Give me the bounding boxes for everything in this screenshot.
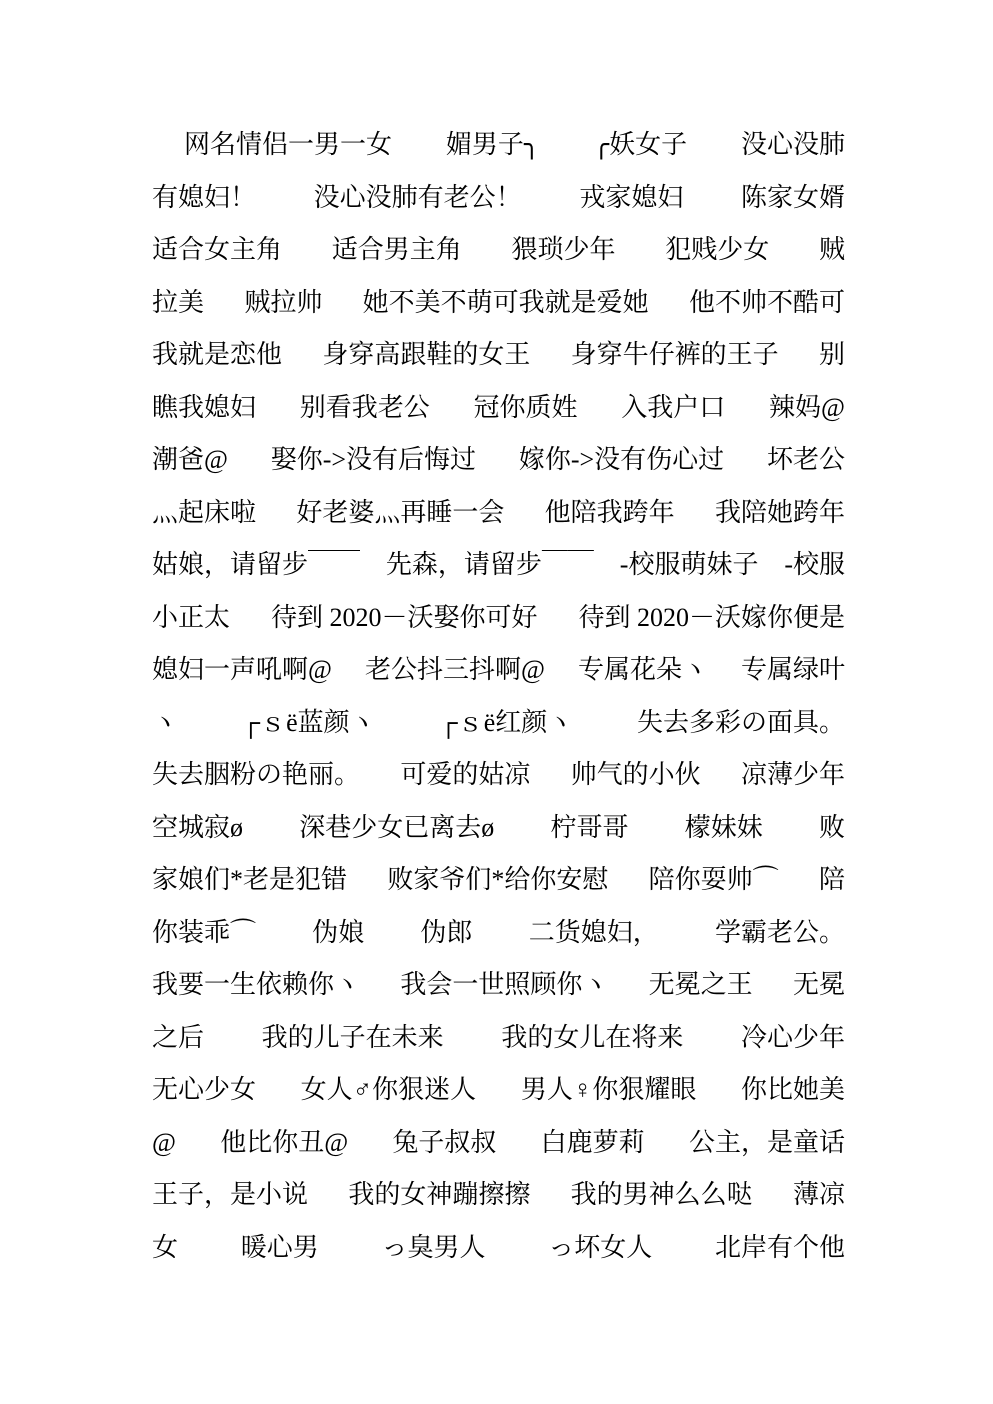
nickname-item: 失去胭粉の艳丽。: [152, 762, 360, 788]
nickname-item: 我的女神蹦擦擦: [348, 1182, 530, 1208]
document-page: 网名情侣一男一女媚男子╮╭妖女子没心没肺有媳妇！没心没肺有老公！戎家媳妇陈家女婿…: [0, 0, 993, 1404]
nickname-item: 瞧我媳妇: [152, 395, 256, 421]
nickname-item: 无心少女: [152, 1077, 256, 1103]
nickname-item: 辣妈@: [769, 395, 845, 421]
nickname-item: 二货媳妇，: [529, 920, 659, 946]
text-line: 潮爸@娶你->没有后悔过嫁你->没有伤心过坏老公: [152, 434, 845, 487]
nickname-item: 小正太: [152, 605, 230, 631]
text-line: 瞧我媳妇别看我老公冠你质姓入我户口辣妈@: [152, 382, 845, 435]
text-line: 媳妇一声吼啊@老公抖三抖啊@专属花朵ヽ专属绿叶: [152, 644, 845, 697]
text-line: 网名情侣一男一女媚男子╮╭妖女子没心没肺: [152, 119, 845, 172]
nickname-item: 身穿牛仔裤的王子: [571, 342, 779, 368]
text-line: 之后我的儿子在未来我的女儿在将来冷心少年: [152, 1012, 845, 1065]
text-line: @他比你丑@兔子叔叔白鹿萝莉公主，是童话: [152, 1117, 845, 1170]
nickname-item: @: [152, 1130, 176, 1156]
nickname-item: 老公抖三抖啊@: [365, 657, 545, 683]
text-line: ヽ┌ｓë蓝颜ヽ┌ｓë红颜ヽ失去多彩の面具。: [152, 697, 845, 750]
nickname-item: 我要一生依赖你ヽ: [152, 972, 360, 998]
nickname-item: 贼: [819, 237, 845, 263]
nickname-item: 深巷少女已离去ø: [299, 815, 494, 841]
text-line: 你装乖⌒伪娘伪郎二货媳妇，学霸老公。: [152, 907, 845, 960]
text-line: 有媳妇！没心没肺有老公！戎家媳妇陈家女婿: [152, 172, 845, 225]
nickname-item: 薄凉: [793, 1182, 845, 1208]
nickname-item: 你装乖⌒: [152, 920, 256, 946]
nickname-item: 男人♀你狠耀眼: [521, 1077, 697, 1103]
nickname-item: 好老婆灬再睡一会: [296, 500, 504, 526]
nickname-item: 你比她美: [741, 1077, 845, 1103]
text-line: 姑娘，请留步￣￣先森，请留步￣￣-校服萌妹子-校服: [152, 539, 845, 592]
nickname-item: 她不美不萌可我就是爱她: [363, 290, 649, 316]
nickname-item: 他比你丑@: [220, 1130, 348, 1156]
nickname-item: 败: [819, 815, 845, 841]
text-line: 拉美贼拉帅她不美不萌可我就是爱她他不帅不酷可: [152, 277, 845, 330]
nickname-item: 别: [819, 342, 845, 368]
nickname-item: 嫁你->没有伤心过: [519, 447, 724, 473]
nickname-item: 之后: [152, 1025, 204, 1051]
nickname-item: 没心没肺: [741, 132, 845, 158]
nickname-item: 他陪我跨年: [545, 500, 675, 526]
nickname-item: ┌ｓë蓝颜ヽ: [242, 710, 376, 736]
nickname-item: 伪娘: [312, 920, 364, 946]
text-line: 我要一生依赖你ヽ我会一世照顾你ヽ无冕之王无冕: [152, 959, 845, 1012]
text-line: 女暖心男っ臭男人っ坏女人北岸有个他: [152, 1222, 845, 1275]
nickname-item: 我陪她跨年: [715, 500, 845, 526]
nickname-item: 我的男神么么哒: [571, 1182, 753, 1208]
text-line: 失去胭粉の艳丽。可爱的姑凉帅气的小伙凉薄少年: [152, 749, 845, 802]
nickname-item: 潮爸@: [152, 447, 228, 473]
nickname-item: 我的女儿在将来: [501, 1025, 683, 1051]
nickname-item: 公主，是童话: [689, 1130, 845, 1156]
text-line: 家娘们*老是犯错败家爷们*给你安慰陪你耍帅⌒陪: [152, 854, 845, 907]
nickname-item: 兔子叔叔: [392, 1130, 496, 1156]
nickname-item: 灬起床啦: [152, 500, 256, 526]
nickname-item: 身穿高跟鞋的女王: [322, 342, 530, 368]
nickname-item: 北岸有个他: [715, 1235, 845, 1261]
nickname-item: 暖心男: [241, 1235, 319, 1261]
nickname-item: 媳妇一声吼啊@: [152, 657, 332, 683]
text-line: 小正太待到 2020－沃娶你可好待到 2020－沃嫁你便是: [152, 592, 845, 645]
nickname-item: 无冕之王: [649, 972, 753, 998]
nickname-item: っ坏女人: [548, 1235, 652, 1261]
nickname-item: 贼拉帅: [244, 290, 322, 316]
nickname-item: 帅气的小伙: [571, 762, 701, 788]
nickname-item: 入我户口: [621, 395, 725, 421]
nickname-item: 女: [152, 1235, 178, 1261]
nickname-item: 媚男子╮: [446, 132, 540, 158]
nickname-item: 专属绿叶: [741, 657, 845, 683]
nickname-item: 家娘们*老是犯错: [152, 867, 347, 893]
nickname-item: ╭妖女子: [593, 132, 687, 158]
nickname-item: 姑娘，请留步￣￣: [152, 552, 360, 578]
nickname-item: っ臭男人: [381, 1235, 485, 1261]
nickname-item: 有媳妇！: [152, 185, 256, 211]
nickname-item: 待到 2020－沃娶你可好: [271, 605, 538, 631]
text-line: 灬起床啦好老婆灬再睡一会他陪我跨年我陪她跨年: [152, 487, 845, 540]
nickname-item: 学霸老公。: [715, 920, 845, 946]
text-line: 王子，是小说我的女神蹦擦擦我的男神么么哒薄凉: [152, 1169, 845, 1222]
nickname-item: 适合男主角: [332, 237, 462, 263]
nickname-item: 犯贱少女: [665, 237, 769, 263]
nickname-item: 戎家媳妇: [579, 185, 683, 211]
nickname-item: 无冕: [793, 972, 845, 998]
nickname-item: 败家爷们*给你安慰: [387, 867, 608, 893]
nickname-item: ヽ: [152, 710, 178, 736]
nickname-item: 柠哥哥: [550, 815, 628, 841]
couple-nickname-list: 网名情侣一男一女媚男子╮╭妖女子没心没肺有媳妇！没心没肺有老公！戎家媳妇陈家女婿…: [152, 119, 845, 1274]
nickname-item: 我就是恋他: [152, 342, 282, 368]
text-line: 空城寂ø深巷少女已离去ø柠哥哥檬妹妹败: [152, 802, 845, 855]
nickname-item: 先森，请留步￣￣: [386, 552, 594, 578]
nickname-item: 没心没肺有老公！: [314, 185, 522, 211]
nickname-item: ┌ｓë红颜ヽ: [439, 710, 573, 736]
text-line: 无心少女女人♂你狠迷人男人♀你狠耀眼你比她美: [152, 1064, 845, 1117]
nickname-item: 他不帅不酷可: [689, 290, 845, 316]
nickname-item: 空城寂ø: [152, 815, 243, 841]
nickname-item: 陪你耍帅⌒: [649, 867, 779, 893]
nickname-item: 猥琐少年: [511, 237, 615, 263]
nickname-item: 待到 2020－沃嫁你便是: [578, 605, 845, 631]
nickname-item: 可爱的姑凉: [400, 762, 530, 788]
nickname-item: 网名情侣一男一女: [184, 132, 392, 158]
nickname-item: 我会一世照顾你ヽ: [400, 972, 608, 998]
nickname-item: 冠你质姓: [474, 395, 578, 421]
nickname-item: 适合女主角: [152, 237, 282, 263]
nickname-item: 陈家女婿: [741, 185, 845, 211]
text-line: 我就是恋他身穿高跟鞋的女王身穿牛仔裤的王子别: [152, 329, 845, 382]
nickname-item: -校服萌妹子: [620, 552, 759, 578]
nickname-item: 拉美: [152, 290, 204, 316]
text-line: 适合女主角适合男主角猥琐少年犯贱少女贼: [152, 224, 845, 277]
nickname-item: 专属花朵ヽ: [578, 657, 708, 683]
nickname-item: 别看我老公: [300, 395, 430, 421]
nickname-item: 我的儿子在未来: [262, 1025, 444, 1051]
nickname-item: -校服: [784, 552, 845, 578]
nickname-item: 坏老公: [767, 447, 845, 473]
nickname-item: 娶你->没有后悔过: [271, 447, 476, 473]
nickname-item: 失去多彩の面具。: [637, 710, 845, 736]
nickname-item: 王子，是小说: [152, 1182, 308, 1208]
nickname-item: 凉薄少年: [741, 762, 845, 788]
nickname-item: 伪郎: [420, 920, 472, 946]
nickname-item: 冷心少年: [741, 1025, 845, 1051]
nickname-item: 女人♂你狠迷人: [301, 1077, 477, 1103]
nickname-item: 陪: [819, 867, 845, 893]
nickname-item: 白鹿萝莉: [541, 1130, 645, 1156]
nickname-item: 檬妹妹: [685, 815, 763, 841]
